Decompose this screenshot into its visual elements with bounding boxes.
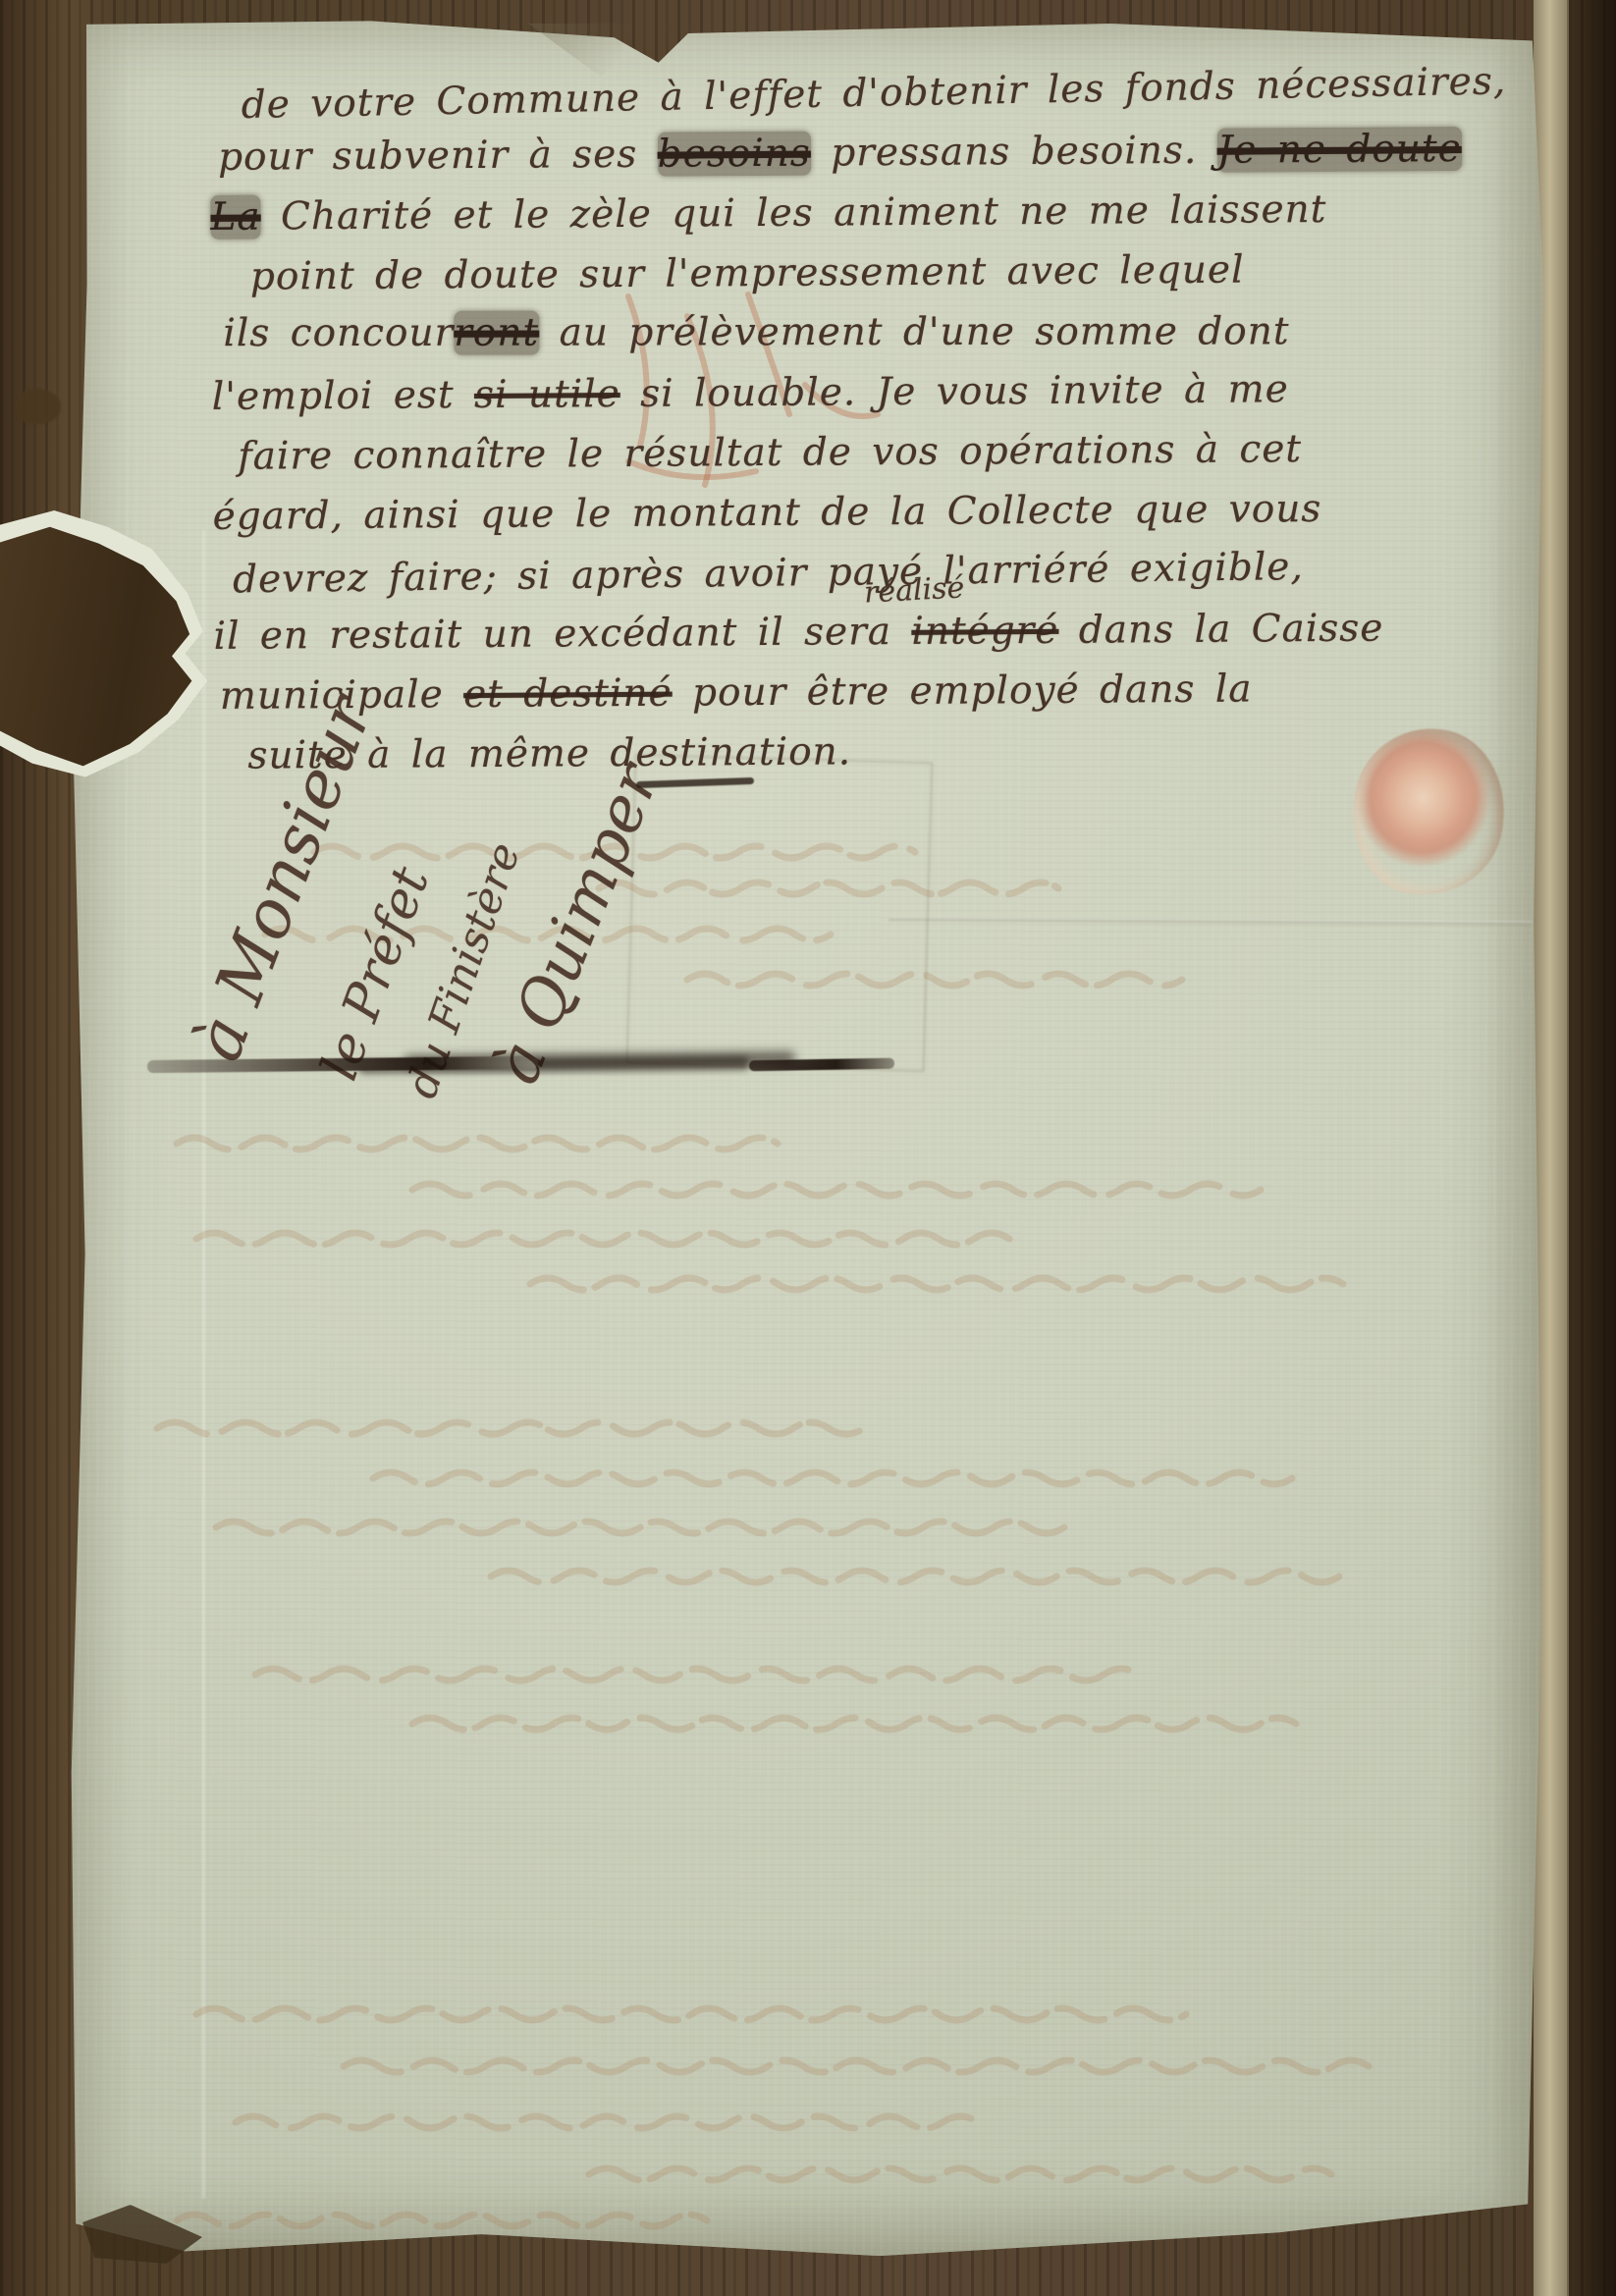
body-line: faire connaître le résultat de vos opéra… [238,417,1587,487]
body-text: Charité et le zèle qui les animent ne me… [261,187,1327,240]
struck-text: ront [454,311,539,355]
struck-text: La [210,195,260,240]
body-line: point de doute sur l'empressement avec l… [250,238,1586,306]
struck-text: et destiné [463,671,673,717]
damage-fleck [16,389,61,424]
body-text: au prélèvement d'une somme dont [539,309,1289,354]
struck-text: si utile [474,372,620,417]
body-text: de votre Commune à l'effet d'obtenir les… [241,59,1506,128]
struck-text: Je ne doute [1217,127,1462,173]
body-line: municipale et destiné pour être employé … [220,657,1589,726]
body-text: dans la Caisse [1058,607,1383,653]
body-text: pour subvenir à ses [218,133,658,180]
body-line: l'emploi est si utile si louable. Je vou… [212,357,1587,427]
body-text: pour être employé dans la [673,667,1253,715]
struck-text: besoins [658,132,811,177]
body-text: devrez faire; si après avoir payé l'arri… [233,545,1304,602]
body-text: point de doute sur l'empressement avec l… [250,248,1245,299]
struck-text: intégré [911,609,1058,654]
interlinear-insertion: réalisé [863,570,965,610]
body-line: ils concourront au prélèvement d'une som… [223,301,1586,363]
body-text: l'emploi est [212,373,475,419]
manuscript-photo: de votre Commune à l'effet d'obtenir les… [0,0,1616,2296]
body-text: ils concour [223,311,454,355]
body-text: faire connaître le résultat de vos opéra… [238,427,1302,479]
body-line: suite à la même destination. [247,717,1589,786]
body-text: égard, ainsi que le montant de la Collec… [212,487,1321,539]
body-text: si louable. Je vous invite à me [620,367,1289,416]
paper-tear-hole [0,510,214,785]
body-text: il en restait un excédant il sera [213,610,911,659]
letter-body: de votre Commune à l'effet d'obtenir les… [209,58,1589,786]
body-text: pressans besoins. [811,129,1217,176]
body-line: La Charité et le zèle qui les animent ne… [210,178,1585,247]
